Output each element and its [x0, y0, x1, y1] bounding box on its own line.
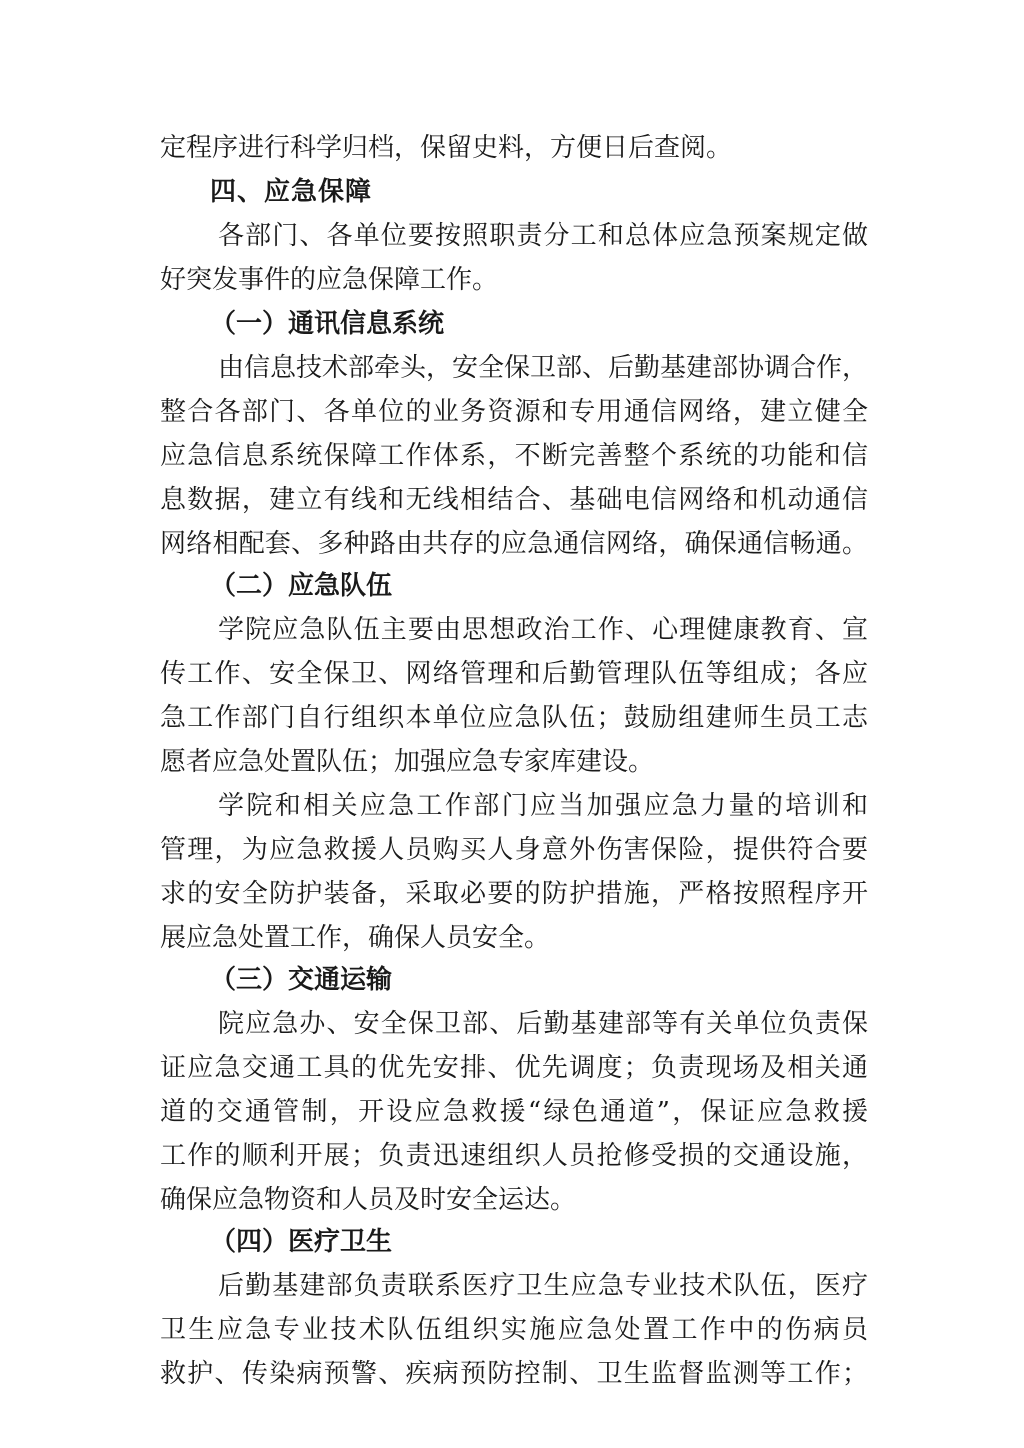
body-text-line: 院应急办、安全保卫部、后勤基建部等有关单位负责保	[218, 1004, 868, 1044]
section-heading: 四、应急保障	[210, 172, 918, 212]
body-text-line: 道的交通管制，开设应急救援“绿色通道”，保证应急救援	[160, 1092, 868, 1132]
body-text-line: 救护、传染病预警、疾病预防控制、卫生监督监测等工作；	[160, 1354, 868, 1394]
body-text-line: 定程序进行科学归档，保留史料，方便日后查阅。	[160, 128, 868, 168]
body-text-line: 网络相配套、多种路由共存的应急通信网络，确保通信畅通。	[160, 524, 868, 564]
subsection-heading: （二）应急队伍	[210, 566, 610, 606]
body-text-line: 展应急处置工作，确保人员安全。	[160, 918, 868, 958]
body-text-line: 由信息技术部牵头，安全保卫部、后勤基建部协调合作，	[218, 348, 868, 388]
subsection-heading: （四）医疗卫生	[210, 1222, 610, 1262]
subsection-heading: （三）交通运输	[210, 960, 610, 1000]
body-text-line: 后勤基建部负责联系医疗卫生应急专业技术队伍，医疗	[218, 1266, 868, 1306]
document-page: 定程序进行科学归档，保留史料，方便日后查阅。 四、应急保障 各部门、各单位要按照…	[0, 0, 1024, 1448]
body-text-line: 证应急交通工具的优先安排、优先调度；负责现场及相关通	[160, 1048, 868, 1088]
body-text-line: 学院应急队伍主要由思想政治工作、心理健康教育、宣	[218, 610, 868, 650]
body-text-line: 工作的顺利开展；负责迅速组织人员抢修受损的交通设施，	[160, 1136, 868, 1176]
body-text-line: 愿者应急处置队伍；加强应急专家库建设。	[160, 742, 868, 782]
body-text-line: 求的安全防护装备，采取必要的防护措施，严格按照程序开	[160, 874, 868, 914]
body-text-line: 息数据，建立有线和无线相结合、基础电信网络和机动通信	[160, 480, 868, 520]
body-text-line: 传工作、安全保卫、网络管理和后勤管理队伍等组成；各应	[160, 654, 868, 694]
body-text-line: 好突发事件的应急保障工作。	[160, 260, 868, 300]
body-text-line: 应急信息系统保障工作体系，不断完善整个系统的功能和信	[160, 436, 868, 476]
body-text-line: 各部门、各单位要按照职责分工和总体应急预案规定做	[218, 216, 868, 256]
body-text-line: 卫生应急专业技术队伍组织实施应急处置工作中的伤病员	[160, 1310, 868, 1350]
subsection-heading: （一）通讯信息系统	[210, 304, 610, 344]
body-text-line: 学院和相关应急工作部门应当加强应急力量的培训和	[218, 786, 868, 826]
body-text-line: 整合各部门、各单位的业务资源和专用通信网络，建立健全	[160, 392, 868, 432]
body-text-line: 急工作部门自行组织本单位应急队伍；鼓励组建师生员工志	[160, 698, 868, 738]
body-text-line: 管理，为应急救援人员购买人身意外伤害保险，提供符合要	[160, 830, 868, 870]
body-text-line: 确保应急物资和人员及时安全运达。	[160, 1180, 868, 1220]
